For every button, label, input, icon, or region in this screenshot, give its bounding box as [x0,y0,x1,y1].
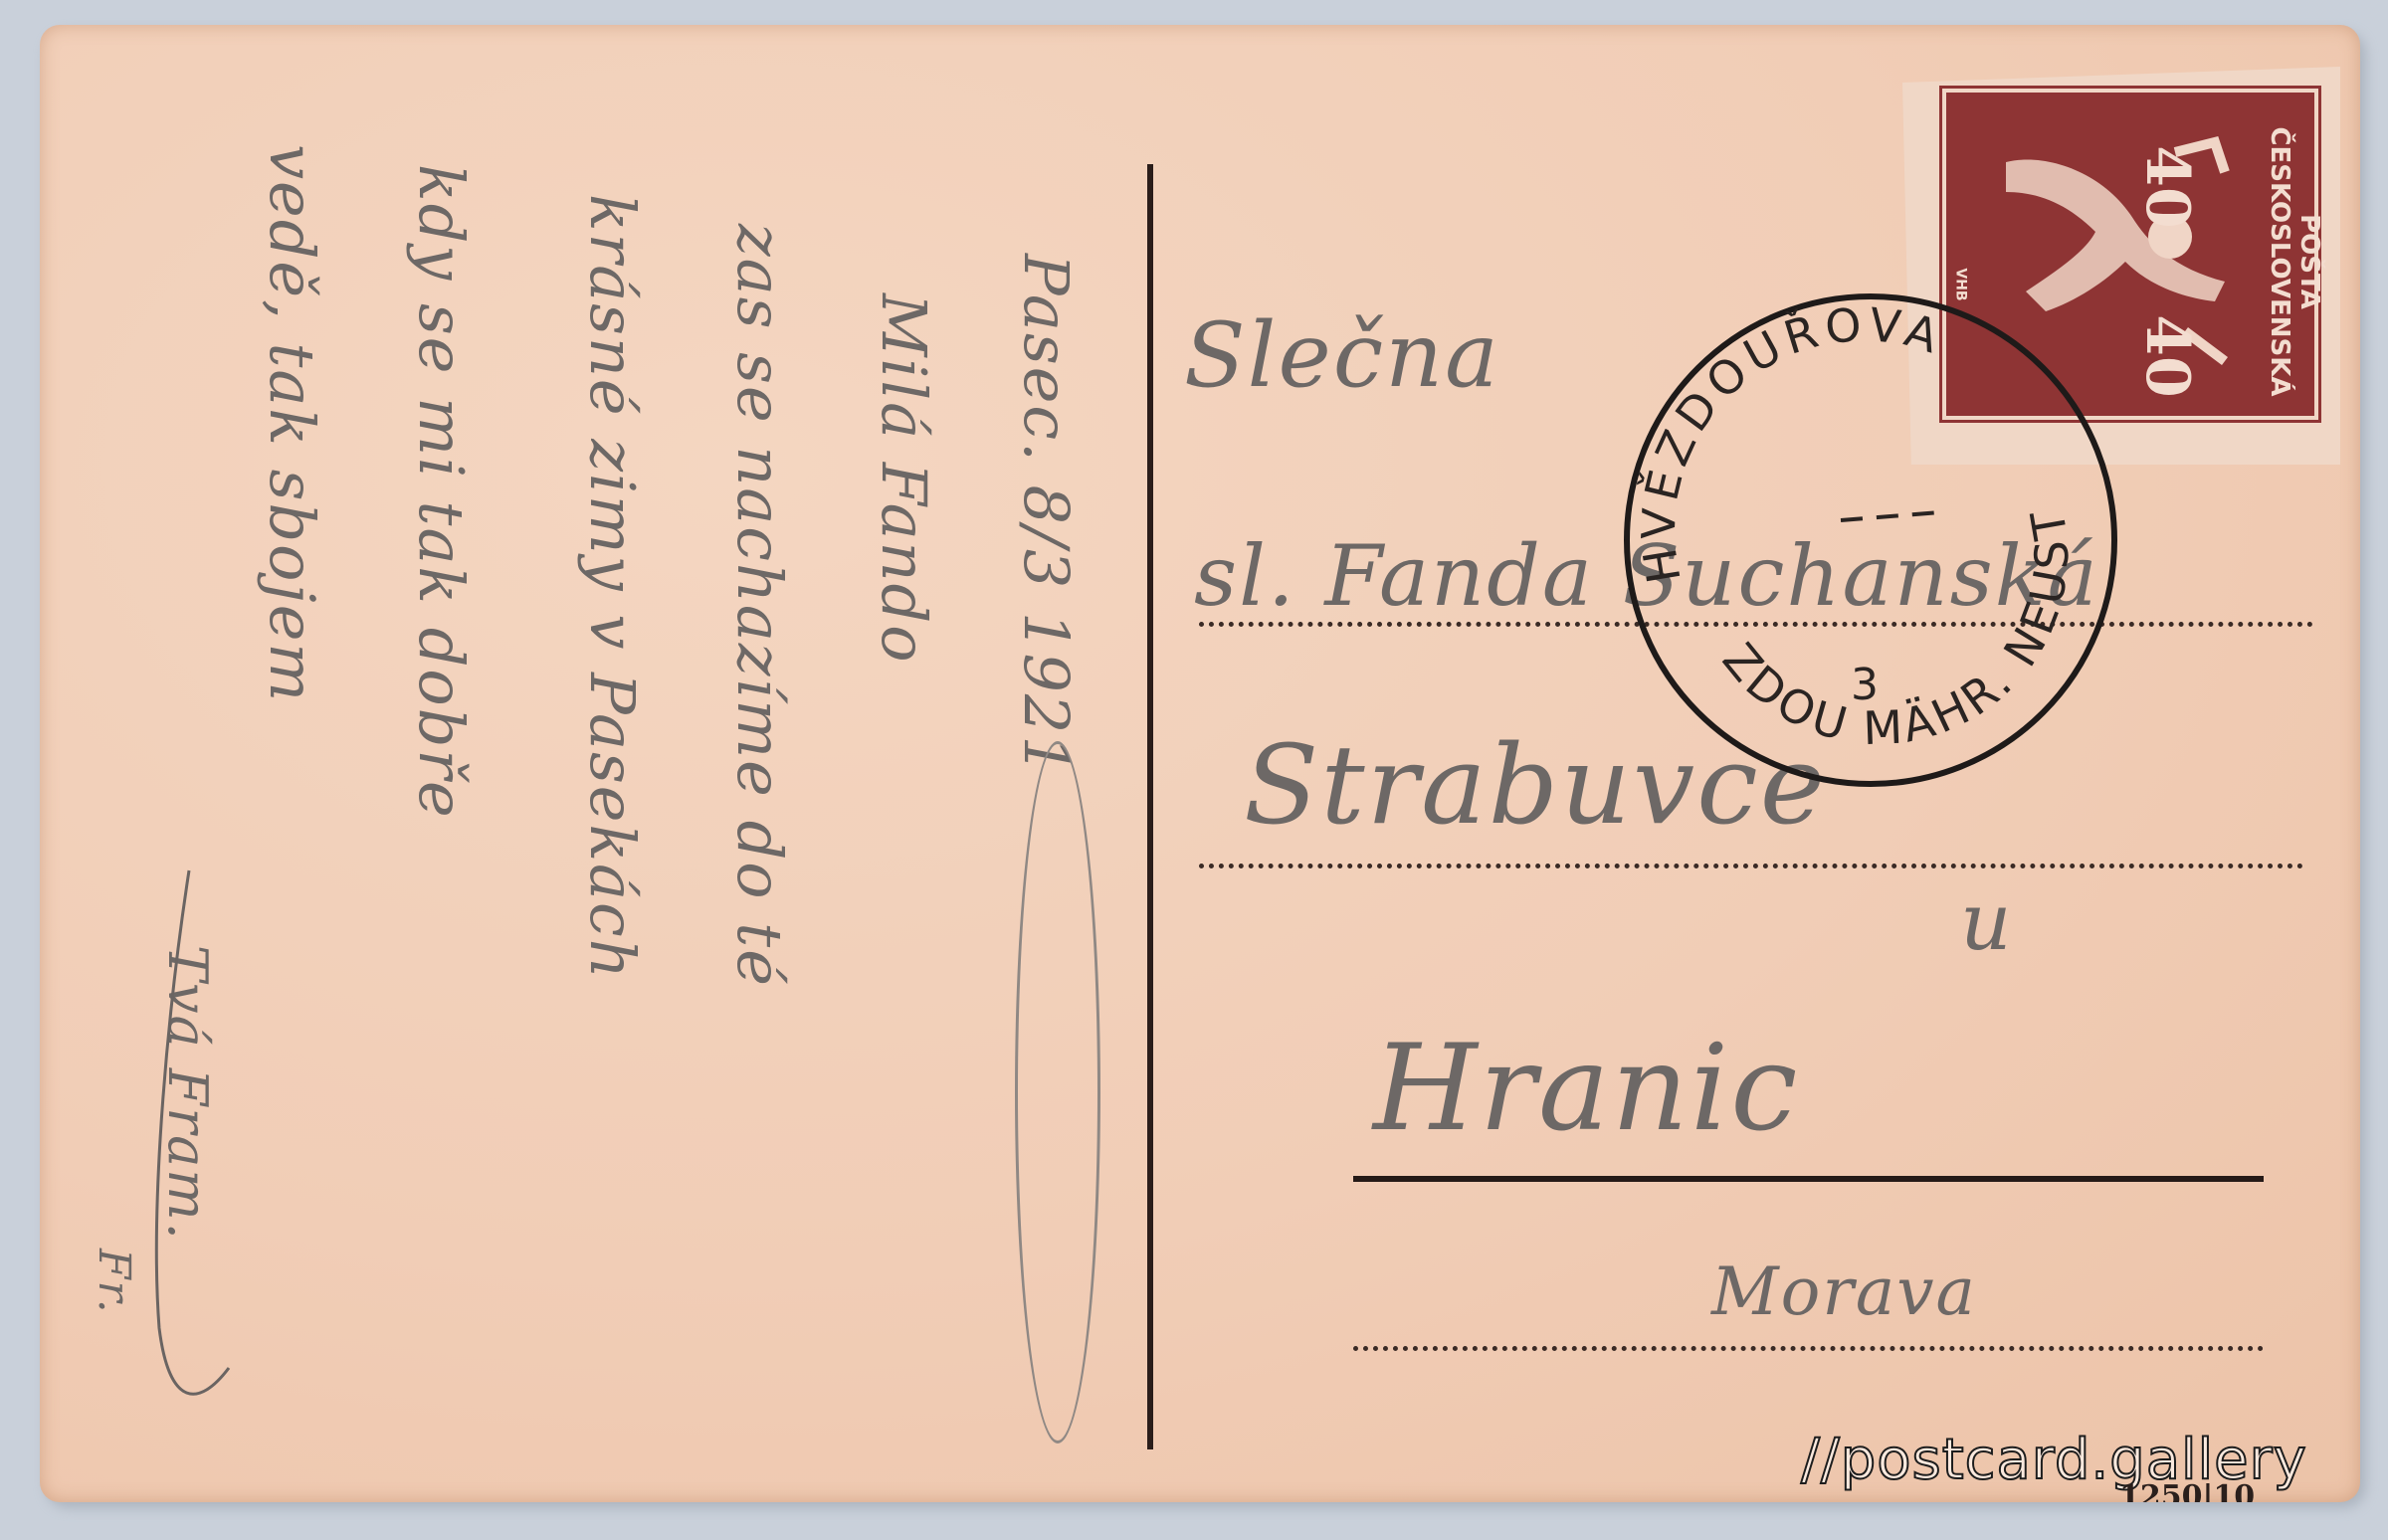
message-line-3: kdy se mi tak dobře [405,164,478,820]
postcard: Pasec. 8/3 1921 Milá Fando zas se nachaz… [40,25,2360,1502]
address-line-2 [1199,864,2303,868]
card-number: 1250|10 [2119,1479,2255,1502]
message-line-4: vedě, tak sbojem [256,144,328,703]
address-line-4 [1353,1346,2264,1351]
stamp-country: POŠTA ČESKOSLOVENSKÁ [2265,93,2324,431]
center-divider [1147,164,1153,1449]
stamp-value-bottom: 40 [2132,314,2202,398]
address-city: Hranic [1373,1020,1799,1158]
postmark-top-text: HVĚZDOUŘOVA [1632,297,1951,588]
message-line-1: zas se nachazíme do té [723,224,796,988]
address-line-3 [1353,1176,2264,1182]
address-region: Morava [1711,1253,1977,1330]
address-preposition: u [1960,875,2014,968]
dateline-flourish [1015,741,1100,1444]
postmark-cancel: HVĚZDOUŘOVA ZDOU MÄHR. NEUSTADT 3 [1612,282,2129,799]
address-salutation: Slečna [1184,303,1500,408]
message-line-2: krásné zimy v Pasekách [576,194,649,981]
svg-text:3: 3 [1851,660,1879,710]
message-dateline: Pasec. 8/3 1921 [1010,254,1083,777]
svg-text:HVĚZDOUŘOVA: HVĚZDOUŘOVA [1632,297,1951,588]
message-greeting: Milá Fando [868,293,940,665]
stamp-value-top: 40 [2132,145,2202,229]
signature-flourish [129,851,249,1447]
